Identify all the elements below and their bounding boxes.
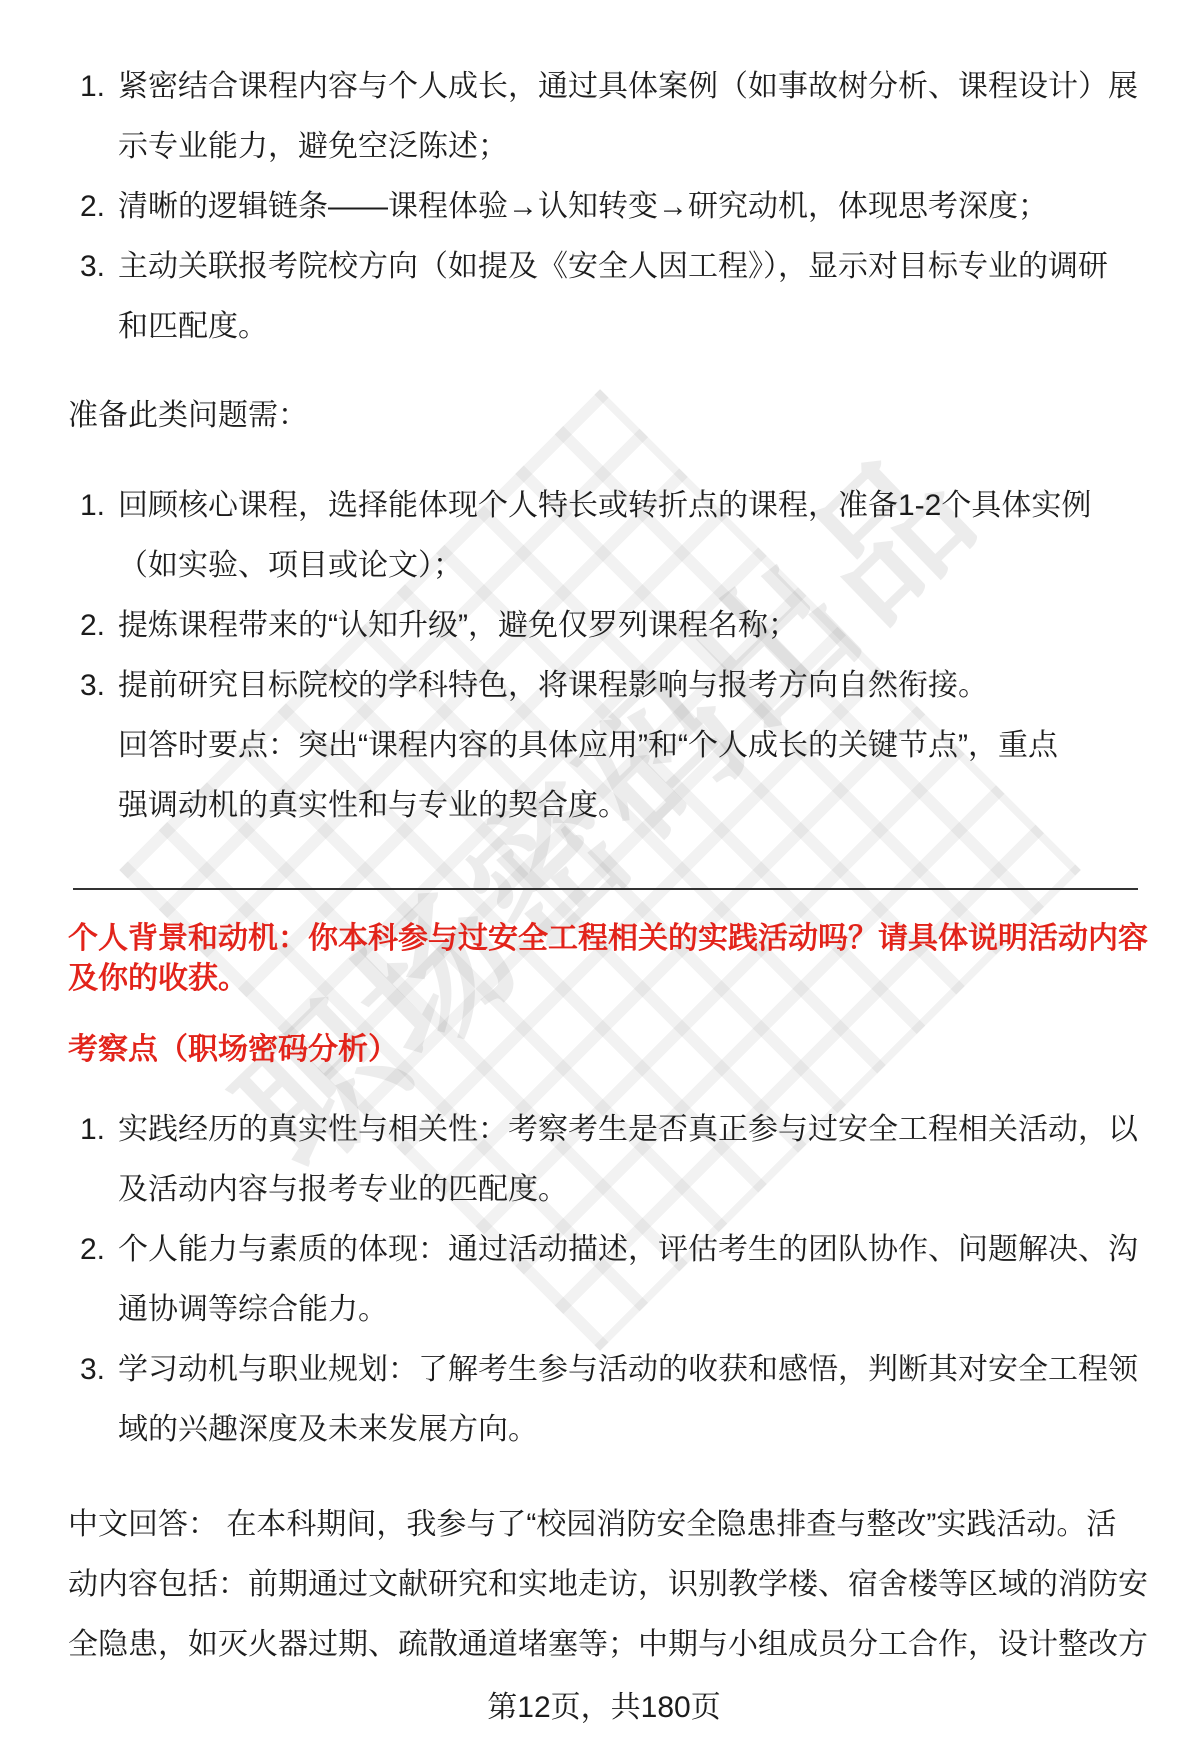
item-line: 主动关联报考院校方向（如提及《安全人因工程》），显示对目标专业的调研 [118,237,1140,297]
item-number: 1. [68,1100,118,1160]
item-line: 学习动机与职业规划：了解考生参与活动的收获和感悟，判断其对安全工程领 [118,1340,1140,1400]
item-line: 示专业能力，避免空泛陈述； [118,117,1140,177]
list-item: 2. 提炼课程带来的“认知升级”，避免仅罗列课程名称； [68,596,1140,656]
section-divider [73,888,1138,890]
item-line: 通协调等综合能力。 [118,1280,1140,1340]
answer-line: 中文回答： 在本科期间，我参与了“校园消防安全隐患排查与整改”实践活动。活 [68,1495,1140,1555]
item-content: 提前研究目标院校的学科特色，将课程影响与报考方向自然衔接。 回答时要点：突出“课… [118,656,1140,836]
item-content: 紧密结合课程内容与个人成长，通过具体案例（如事故树分析、课程设计）展 示专业能力… [118,57,1140,177]
exam-points-list: 1. 实践经历的真实性与相关性：考察考生是否真正参与过安全工程相关活动，以 及活… [68,1100,1140,1460]
item-line: 清晰的逻辑链条——课程体验→认知转变→研究动机，体现思考深度； [118,177,1140,237]
item-line: 紧密结合课程内容与个人成长，通过具体案例（如事故树分析、课程设计）展 [118,57,1140,117]
item-line: 实践经历的真实性与相关性：考察考生是否真正参与过安全工程相关活动，以 [118,1100,1140,1160]
list-item: 3. 提前研究目标院校的学科特色，将课程影响与报考方向自然衔接。 回答时要点：突… [68,656,1140,836]
item-content: 个人能力与素质的体现：通过活动描述，评估考生的团队协作、问题解决、沟 通协调等综… [118,1220,1140,1340]
list-item: 3. 学习动机与职业规划：了解考生参与活动的收获和感悟，判断其对安全工程领 域的… [68,1340,1140,1460]
prep-intro-paragraph: 准备此类问题需： [68,386,1140,446]
item-content: 主动关联报考院校方向（如提及《安全人因工程》），显示对目标专业的调研 和匹配度。 [118,237,1140,357]
list-item: 2. 清晰的逻辑链条——课程体验→认知转变→研究动机，体现思考深度； [68,177,1140,237]
item-line: 和匹配度。 [118,297,1140,357]
answer-line: 动内容包括：前期通过文献研究和实地走访，识别教学楼、宿舍楼等区域的消防安 [68,1555,1140,1615]
list-item: 1. 回顾核心课程，选择能体现个人特长或转折点的课程，准备1-2个具体实例 （如… [68,476,1140,596]
item-content: 清晰的逻辑链条——课程体验→认知转变→研究动机，体现思考深度； [118,177,1140,237]
item-content: 学习动机与职业规划：了解考生参与活动的收获和感悟，判断其对安全工程领 域的兴趣深… [118,1340,1140,1460]
item-number: 3. [68,237,118,297]
answer-paragraph: 中文回答： 在本科期间，我参与了“校园消防安全隐患排查与整改”实践活动。活 动内… [68,1495,1140,1675]
page-footer: 第12页，共180页 [68,1693,1140,1723]
item-line: 回顾核心课程，选择能体现个人特长或转折点的课程，准备1-2个具体实例 [118,476,1140,536]
item-line: 域的兴趣深度及未来发展方向。 [118,1400,1140,1460]
analysis-list: 1. 紧密结合课程内容与个人成长，通过具体案例（如事故树分析、课程设计）展 示专… [68,57,1140,357]
item-line: 回答时要点：突出“课程内容的具体应用”和“个人成长的关键节点”，重点 [118,716,1140,776]
item-line: 强调动机的真实性和与专业的契合度。 [118,776,1140,836]
item-number: 2. [68,1220,118,1280]
list-item: 2. 个人能力与素质的体现：通过活动描述，评估考生的团队协作、问题解决、沟 通协… [68,1220,1140,1340]
question-heading: 个人背景和动机：你本科参与过安全工程相关的实践活动吗？请具体说明活动内容 及你的… [68,919,1140,999]
list-item: 1. 实践经历的真实性与相关性：考察考生是否真正参与过安全工程相关活动，以 及活… [68,1100,1140,1220]
item-content: 实践经历的真实性与相关性：考察考生是否真正参与过安全工程相关活动，以 及活动内容… [118,1100,1140,1220]
item-number: 2. [68,596,118,656]
item-content: 提炼课程带来的“认知升级”，避免仅罗列课程名称； [118,596,1140,656]
item-number: 3. [68,656,118,716]
answer-line: 全隐患，如灭火器过期、疏散通道堵塞等；中期与小组成员分工合作，设计整改方 [68,1615,1140,1675]
item-line: （如实验、项目或论文）； [118,536,1140,596]
item-number: 1. [68,476,118,536]
document-page: 1. 紧密结合课程内容与个人成长，通过具体案例（如事故树分析、课程设计）展 示专… [0,0,1200,1755]
preparation-list: 1. 回顾核心课程，选择能体现个人特长或转折点的课程，准备1-2个具体实例 （如… [68,476,1140,836]
question-line: 个人背景和动机：你本科参与过安全工程相关的实践活动吗？请具体说明活动内容 [68,919,1140,959]
item-number: 1. [68,57,118,117]
item-line: 提前研究目标院校的学科特色，将课程影响与报考方向自然衔接。 [118,656,1140,716]
item-line: 提炼课程带来的“认知升级”，避免仅罗列课程名称； [118,596,1140,656]
question-line: 及你的收获。 [68,959,1140,999]
list-item: 1. 紧密结合课程内容与个人成长，通过具体案例（如事故树分析、课程设计）展 示专… [68,57,1140,177]
item-content: 回顾核心课程，选择能体现个人特长或转折点的课程，准备1-2个具体实例 （如实验、… [118,476,1140,596]
analysis-subheading: 考察点（职场密码分析） [68,1030,1140,1070]
item-line: 及活动内容与报考专业的匹配度。 [118,1160,1140,1220]
list-item: 3. 主动关联报考院校方向（如提及《安全人因工程》），显示对目标专业的调研 和匹… [68,237,1140,357]
item-number: 3. [68,1340,118,1400]
item-line: 个人能力与素质的体现：通过活动描述，评估考生的团队协作、问题解决、沟 [118,1220,1140,1280]
item-number: 2. [68,177,118,237]
